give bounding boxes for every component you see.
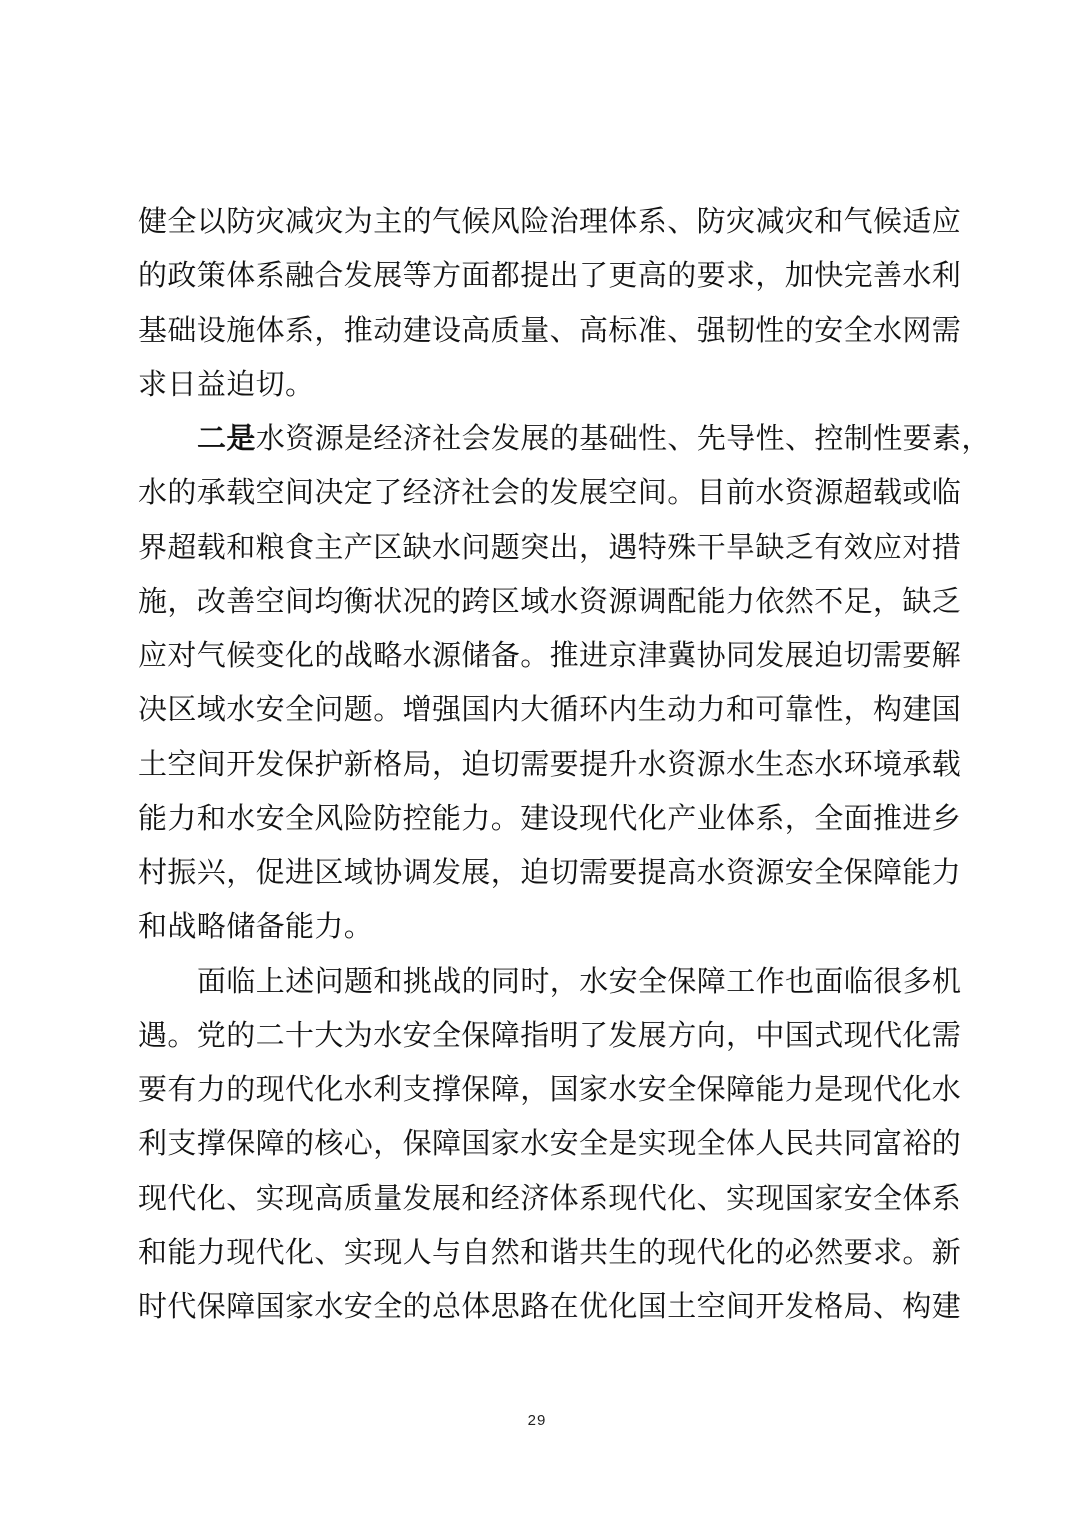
paragraph-1-line-3: 基础设施体系，推动建设高质量、高标准、强韧性的安全水网需 bbox=[138, 303, 936, 357]
paragraph-2-line-3: 界超载和粮食主产区缺水问题突出，遇特殊干旱缺乏有效应对措 bbox=[138, 520, 936, 574]
paragraph-3-line-1: 面临上述问题和挑战的同时，水安全保障工作也面临很多机 bbox=[138, 954, 936, 1008]
paragraph-3-line-2: 遇。党的二十大为水安全保障指明了发展方向，中国式现代化需 bbox=[138, 1008, 936, 1062]
paragraph-2-line-2: 水的承载空间决定了经济社会的发展空间。目前水资源超载或临 bbox=[138, 465, 936, 519]
paragraph-2-line-1: 二是水资源是经济社会发展的基础性、先导性、控制性要素， bbox=[138, 411, 936, 465]
paragraph-2-lead: 二是 bbox=[197, 421, 256, 455]
paragraph-2-line-8: 能力和水安全风险防控能力。建设现代化产业体系，全面推进乡 bbox=[138, 791, 936, 845]
paragraph-3-line-3: 要有力的现代化水利支撑保障，国家水安全保障能力是现代化水 bbox=[138, 1062, 936, 1116]
paragraph-3-line-7: 时代保障国家水安全的总体思路在优化国土空间开发格局、构建 bbox=[138, 1279, 936, 1333]
document-page: 健全以防灾减灾为主的气候风险治理体系、防灾减灾和气候适应 的政策体系融合发展等方… bbox=[0, 0, 1074, 1520]
paragraph-1-line-4: 求日益迫切。 bbox=[138, 357, 936, 411]
paragraph-2-line-7: 土空间开发保护新格局，迫切需要提升水资源水生态水环境承载 bbox=[138, 737, 936, 791]
page-number: 29 bbox=[0, 1412, 1074, 1429]
paragraph-2-line-4: 施，改善空间均衡状况的跨区域水资源调配能力依然不足，缺乏 bbox=[138, 574, 936, 628]
paragraph-2-line-1-text: 水资源是经济社会发展的基础性、先导性、控制性要素， bbox=[256, 421, 991, 455]
body-text: 健全以防灾减灾为主的气候风险治理体系、防灾减灾和气候适应 的政策体系融合发展等方… bbox=[138, 194, 936, 1333]
paragraph-1-line-2: 的政策体系融合发展等方面都提出了更高的要求，加快完善水利 bbox=[138, 248, 936, 302]
paragraph-3-line-4: 利支撑保障的核心，保障国家水安全是实现全体人民共同富裕的 bbox=[138, 1116, 936, 1170]
paragraph-2-line-6: 决区域水安全问题。增强国内大循环内生动力和可靠性，构建国 bbox=[138, 682, 936, 736]
paragraph-1-line-1: 健全以防灾减灾为主的气候风险治理体系、防灾减灾和气候适应 bbox=[138, 194, 936, 248]
paragraph-3-line-6: 和能力现代化、实现人与自然和谐共生的现代化的必然要求。新 bbox=[138, 1225, 936, 1279]
paragraph-2-line-10: 和战略储备能力。 bbox=[138, 899, 936, 953]
paragraph-3-line-5: 现代化、实现高质量发展和经济体系现代化、实现国家安全体系 bbox=[138, 1171, 936, 1225]
paragraph-2-line-9: 村振兴，促进区域协调发展，迫切需要提高水资源安全保障能力 bbox=[138, 845, 936, 899]
paragraph-2-line-5: 应对气候变化的战略水源储备。推进京津冀协同发展迫切需要解 bbox=[138, 628, 936, 682]
